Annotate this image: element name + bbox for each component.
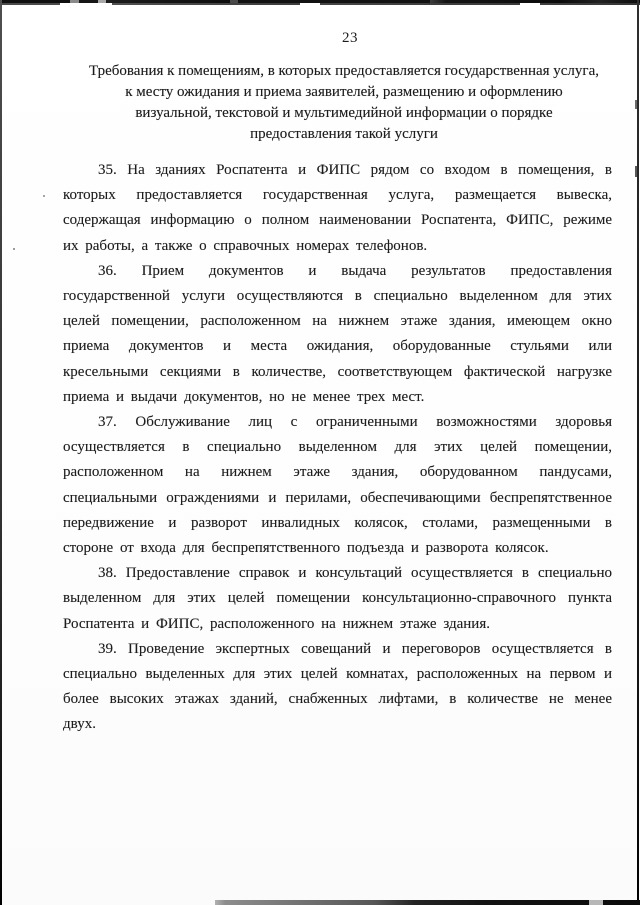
page-number: 23 bbox=[40, 30, 640, 47]
document-body: 35. На зданиях Роспатента и ФИПС рядом с… bbox=[63, 158, 612, 738]
section-heading-line: предоставления такой услуги bbox=[70, 124, 618, 145]
paragraph-39: 39. Проведение экспертных совещаний и пе… bbox=[63, 637, 612, 738]
paragraph-37: 37. Обслуживание лиц с ограниченными воз… bbox=[63, 410, 612, 561]
scan-speck bbox=[43, 195, 45, 197]
scanned-document-page: 23 Требования к помещениям, в которых пр… bbox=[0, 0, 640, 905]
scan-border-right bbox=[637, 0, 639, 905]
section-heading: Требования к помещениям, в которых предо… bbox=[70, 61, 618, 145]
section-heading-line: визуальной, текстовой и мультимедийной и… bbox=[70, 103, 618, 124]
scan-tick bbox=[635, 166, 637, 177]
paragraph-35: 35. На зданиях Роспатента и ФИПС рядом с… bbox=[63, 158, 612, 259]
scan-border-bottom bbox=[215, 900, 640, 905]
scan-border-left bbox=[0, 0, 2, 905]
paragraph-36: 36. Прием документов и выдача результато… bbox=[63, 259, 612, 410]
paragraph-38: 38. Предоставление справок и консультаци… bbox=[63, 561, 612, 637]
scan-speck bbox=[13, 248, 15, 250]
scan-tick bbox=[635, 100, 637, 109]
section-heading-line: к месту ожидания и приема заявителей, ра… bbox=[70, 82, 618, 103]
section-heading-line: Требования к помещениям, в которых предо… bbox=[70, 61, 618, 82]
scan-border-top-secondary bbox=[0, 3, 640, 5]
